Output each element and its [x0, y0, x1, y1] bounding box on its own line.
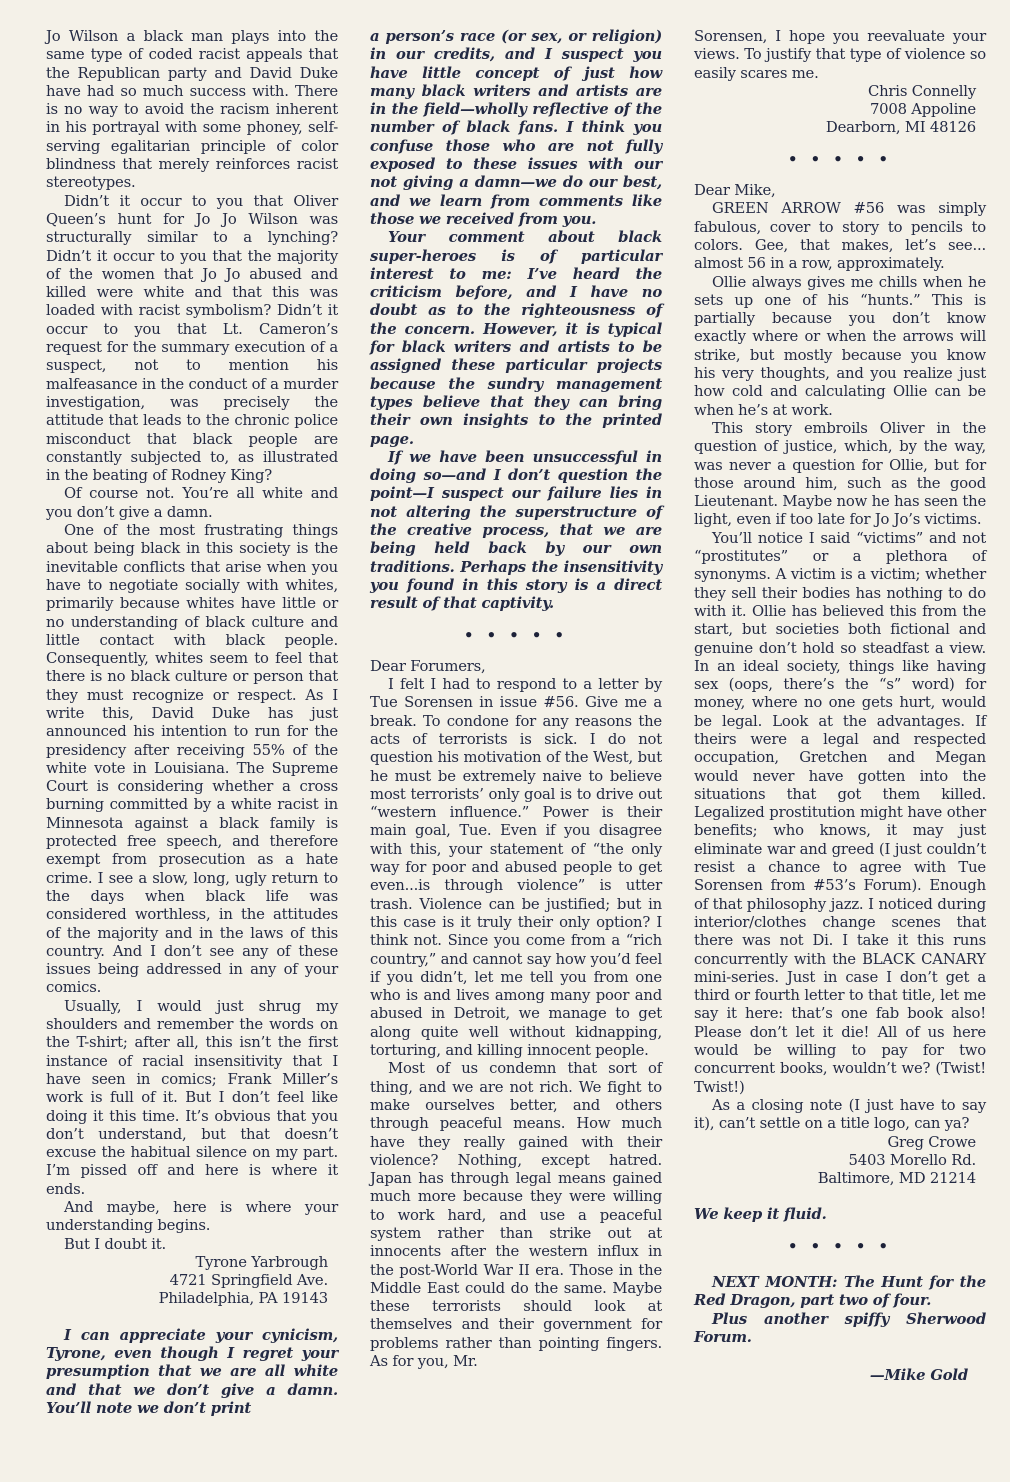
- letter-paragraph: I felt I had to respond to a letter by T…: [370, 676, 662, 1060]
- letter-paragraph: GREEN ARROW #56 was simply fabulous, cov…: [694, 200, 986, 273]
- column-2: a person’s race (or sex, or religion) in…: [370, 28, 662, 1418]
- letter-salutation: Dear Mike,: [694, 182, 986, 200]
- letter-paragraph: But I doubt it.: [46, 1236, 338, 1254]
- letter-signature: Chris Connelly 7008 Appoline Dearborn, M…: [694, 83, 986, 138]
- letter-paragraph: Of course not. You’re all white and you …: [46, 485, 338, 522]
- letter-paragraph: You’ll notice I said “victims” and not “…: [694, 530, 986, 1097]
- letter-paragraph: As a closing note (I just have to say it…: [694, 1097, 986, 1134]
- editor-reply-paragraph: We keep it fluid.: [694, 1206, 986, 1224]
- next-month-teaser: NEXT MONTH: The Hunt for the Red Dragon,…: [694, 1274, 986, 1311]
- signature-street: 5403 Morello Rd.: [694, 1152, 976, 1170]
- editor-reply-paragraph: Your comment about black super-heroes is…: [370, 229, 662, 449]
- letter-signature: Tyrone Yarbrough 4721 Springfield Ave. P…: [46, 1254, 338, 1309]
- letters-columns: Jo Wilson a black man plays into the sam…: [46, 28, 978, 1418]
- letter-paragraph: Sorensen, I hope you reevaluate your vie…: [694, 28, 986, 83]
- letter-signature: Greg Crowe 5403 Morello Rd. Baltimore, M…: [694, 1134, 986, 1189]
- editor-reply-paragraph: If we have been unsuccessful in doing so…: [370, 449, 662, 614]
- signature-name: Tyrone Yarbrough: [46, 1254, 328, 1272]
- column-1: Jo Wilson a black man plays into the sam…: [46, 28, 338, 1418]
- letter-paragraph: Most of us condemn that sort of thing, a…: [370, 1060, 662, 1371]
- letter-paragraph: This story embroils Oliver in the questi…: [694, 420, 986, 530]
- column-3: Sorensen, I hope you reevaluate your vie…: [694, 28, 986, 1418]
- signature-city: Philadelphia, PA 19143: [46, 1290, 328, 1308]
- letter-paragraph: Jo Wilson a black man plays into the sam…: [46, 28, 338, 193]
- editor-reply-paragraph: a person’s race (or sex, or religion) in…: [370, 28, 662, 229]
- signature-street: 7008 Appoline: [694, 101, 976, 119]
- editor-reply-paragraph: I can appreciate your cynicism, Tyrone, …: [46, 1327, 338, 1418]
- signature-city: Dearborn, MI 48126: [694, 119, 976, 137]
- section-separator-dots: • • • • •: [370, 627, 662, 645]
- letter-paragraph: Didn’t it occur to you that Oliver Queen…: [46, 193, 338, 486]
- letter-paragraph: And maybe, here is where your understand…: [46, 1199, 338, 1236]
- section-separator-dots: • • • • •: [694, 1238, 986, 1256]
- signature-city: Baltimore, MD 21214: [694, 1170, 976, 1188]
- letter-salutation: Dear Forumers,: [370, 658, 662, 676]
- editor-signoff: —Mike Gold: [694, 1367, 986, 1385]
- letter-paragraph: One of the most frustrating things about…: [46, 522, 338, 998]
- signature-street: 4721 Springfield Ave.: [46, 1272, 328, 1290]
- signature-name: Greg Crowe: [694, 1134, 976, 1152]
- signature-name: Chris Connelly: [694, 83, 976, 101]
- section-separator-dots: • • • • •: [694, 151, 986, 169]
- letters-page: Jo Wilson a black man plays into the sam…: [0, 0, 1010, 1482]
- next-month-teaser: Plus another spiffy Sherwood Forum.: [694, 1311, 986, 1348]
- letter-paragraph: Usually, I would just shrug my shoulders…: [46, 998, 338, 1199]
- letter-paragraph: Ollie always gives me chills when he set…: [694, 274, 986, 420]
